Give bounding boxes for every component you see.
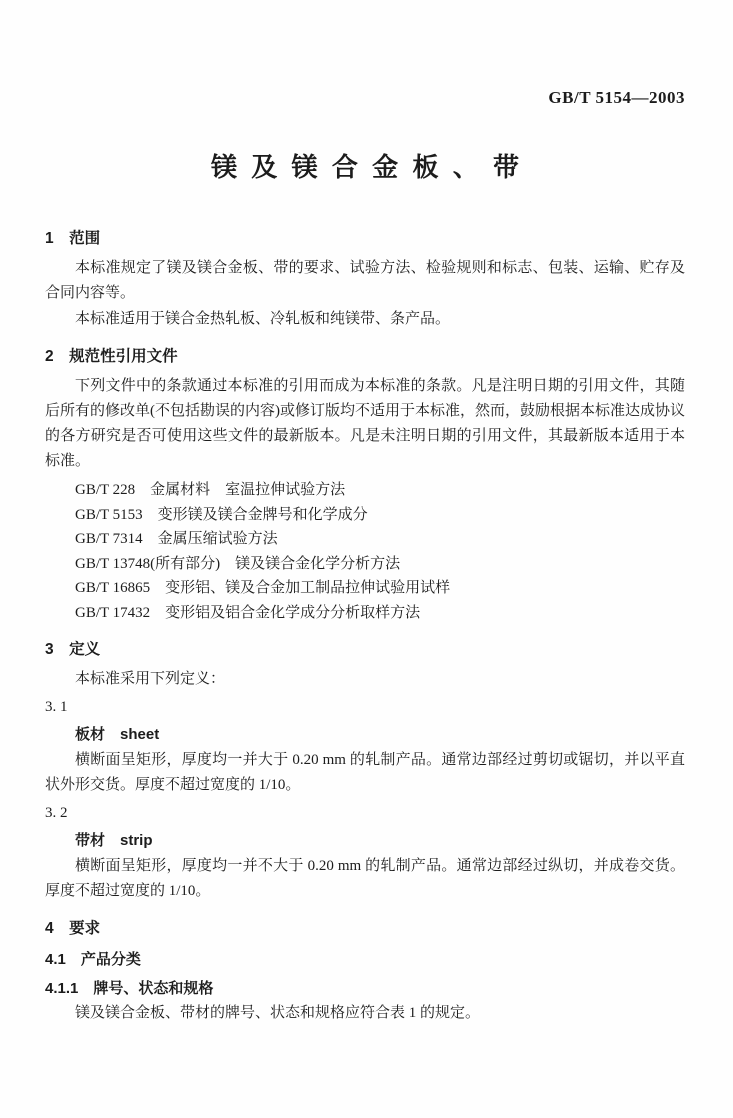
definitions-intro: 本标准采用下列定义： [45, 667, 685, 692]
definition-3-2-term: 带材 strip [45, 829, 685, 853]
normative-refs-paragraph: 下列文件中的条款通过本标准的引用而成为本标准的条款。凡是注明日期的引用文件，其随… [45, 374, 685, 474]
reference-list: GB/T 228 金属材料 室温拉伸试验方法 GB/T 5153 变形镁及镁合金… [45, 478, 685, 625]
requirements-paragraph: 镁及镁合金板、带材的牌号、状态和规格应符合表 1 的规定。 [45, 1001, 685, 1026]
section-4-1-heading: 4.1 产品分类 [45, 949, 685, 971]
definition-3-1-term: 板材 sheet [45, 723, 685, 747]
section-4-heading: 4 要求 [45, 918, 685, 940]
definition-3-1-number: 3. 1 [45, 695, 685, 719]
document-page: GB/T 5154—2003 镁及镁合金板、带 1 范围 本标准规定了镁及镁合金… [0, 0, 733, 1118]
reference-item: GB/T 16865 变形铝、镁及合金加工制品拉伸试验用试样 [45, 576, 685, 601]
section-1-heading: 1 范围 [45, 228, 685, 250]
section-2-heading: 2 规范性引用文件 [45, 346, 685, 368]
reference-item: GB/T 228 金属材料 室温拉伸试验方法 [45, 478, 685, 503]
reference-item: GB/T 17432 变形铝及铝合金化学成分分析取样方法 [45, 601, 685, 626]
reference-item: GB/T 5153 变形镁及镁合金牌号和化学成分 [45, 503, 685, 528]
reference-item: GB/T 13748(所有部分) 镁及镁合金化学分析方法 [45, 552, 685, 577]
scope-paragraph-2: 本标准适用于镁合金热轧板、冷轧板和纯镁带、条产品。 [45, 307, 685, 332]
document-content: GB/T 5154—2003 镁及镁合金板、带 1 范围 本标准规定了镁及镁合金… [0, 88, 733, 1026]
section-4-1-1-heading: 4.1.1 牌号、状态和规格 [45, 978, 685, 1000]
standard-number: GB/T 5154—2003 [45, 88, 685, 108]
definition-3-2-body: 横断面呈矩形，厚度均一并不大于 0.20 mm 的轧制产品。通常边部经过纵切，并… [45, 854, 685, 904]
scope-paragraph-1: 本标准规定了镁及镁合金板、带的要求、试验方法、检验规则和标志、包装、运输、贮存及… [45, 256, 685, 306]
document-title: 镁及镁合金板、带 [45, 152, 685, 182]
definition-3-2-number: 3. 2 [45, 801, 685, 825]
reference-item: GB/T 7314 金属压缩试验方法 [45, 527, 685, 552]
section-3-heading: 3 定义 [45, 639, 685, 661]
definition-3-1-body: 横断面呈矩形，厚度均一并大于 0.20 mm 的轧制产品。通常边部经过剪切或锯切… [45, 748, 685, 798]
